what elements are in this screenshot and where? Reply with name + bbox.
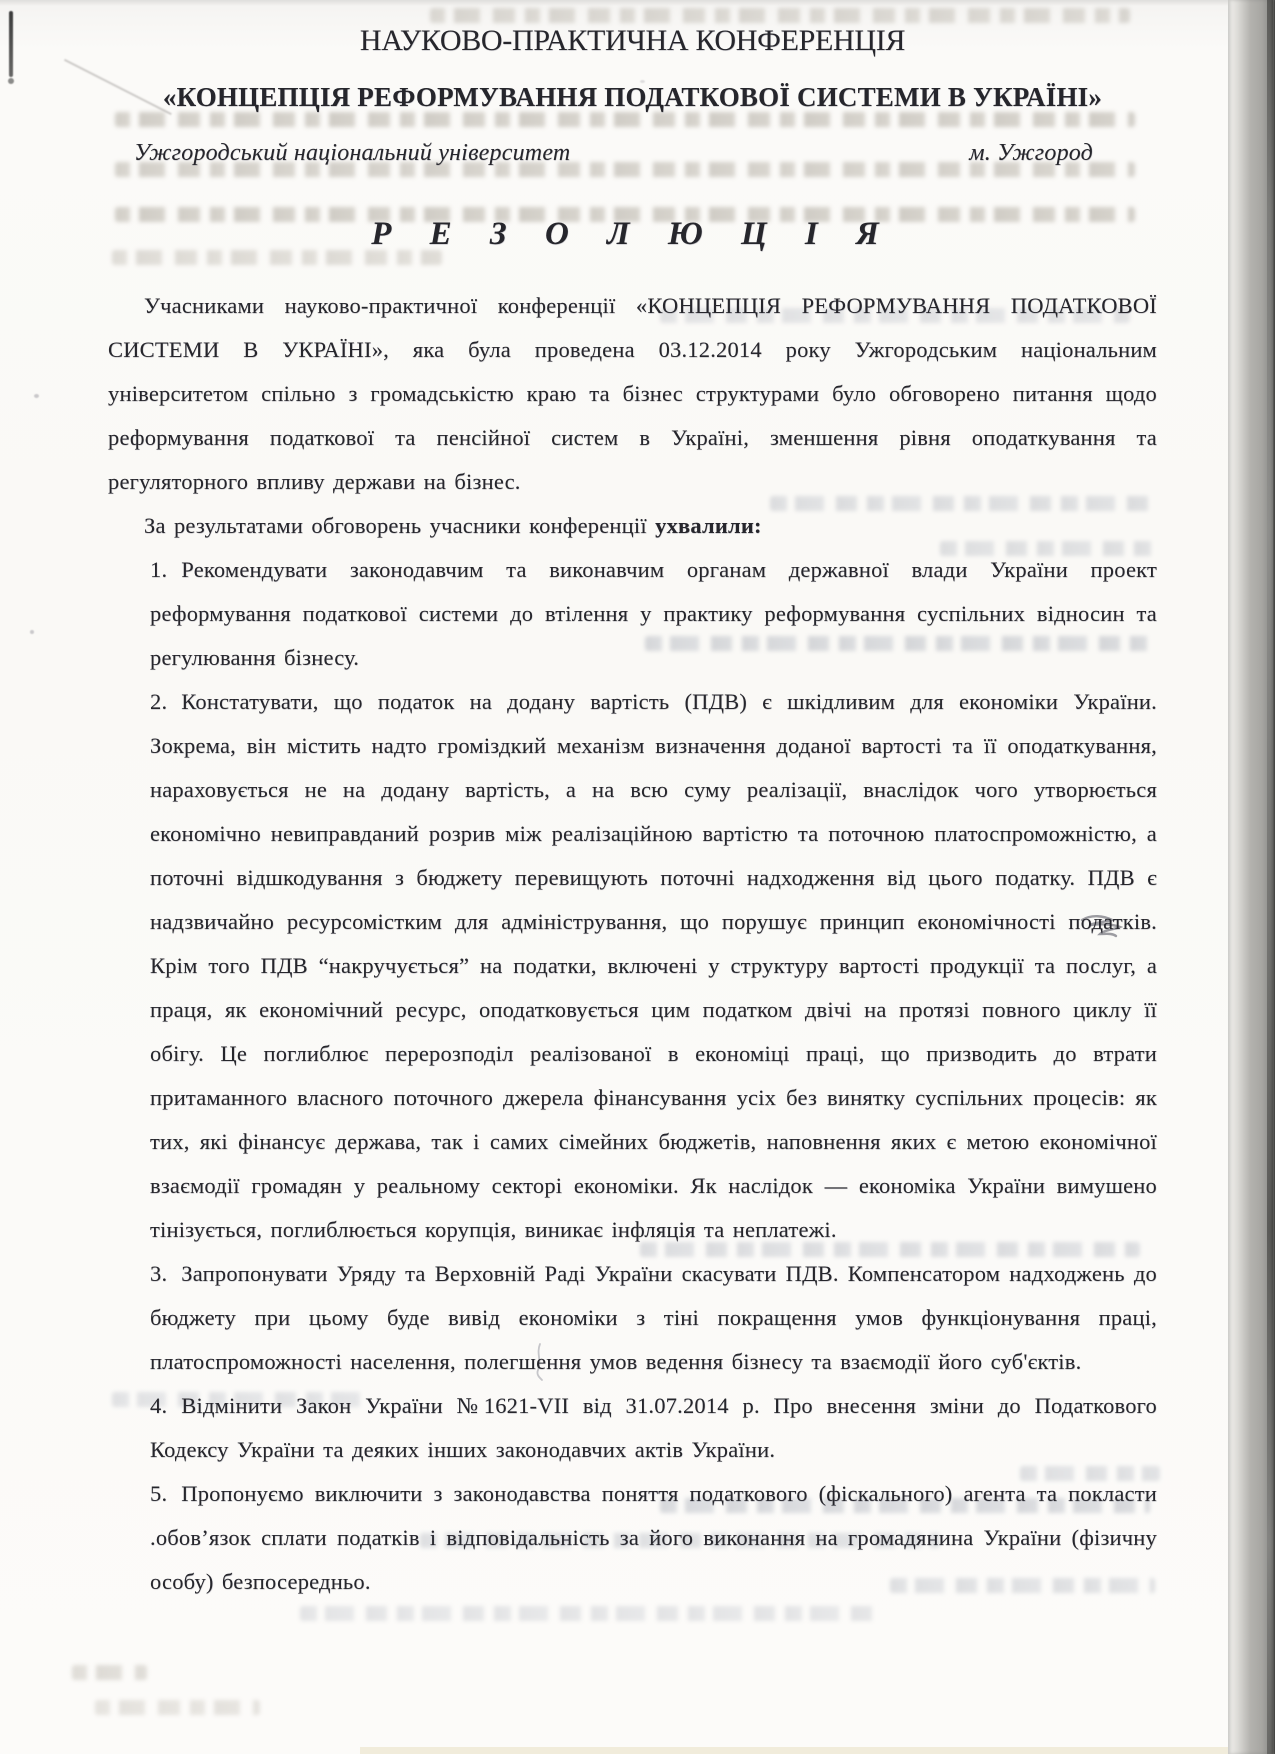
resolution-item-4: 4.Відмінити Закон України №1621-VII від …: [150, 1384, 1157, 1472]
item-number: 3.: [150, 1261, 167, 1286]
resolution-item-1: 1.Рекомендувати законодавчим та виконавч…: [150, 548, 1157, 680]
paper-speck: [30, 630, 34, 634]
scanned-document-page: НАУКОВО-ПРАКТИЧНА КОНФЕРЕНЦІЯ «КОНЦЕПЦІЯ…: [0, 0, 1275, 1754]
organization-name: Ужгородський національний університет: [134, 138, 570, 168]
document-body: Учасниками науково-практичної конференці…: [108, 284, 1157, 1604]
conference-title: НАУКОВО-ПРАКТИЧНА КОНФЕРЕНЦІЯ: [108, 22, 1157, 60]
bleedthrough-text-artifact: [72, 1665, 147, 1680]
concept-title: «КОНЦЕПЦІЯ РЕФОРМУВАННЯ ПОДАТКОВОЇ СИСТЕ…: [108, 80, 1157, 114]
document-content: НАУКОВО-ПРАКТИЧНА КОНФЕРЕНЦІЯ «КОНЦЕПЦІЯ…: [108, 22, 1157, 1604]
decision-lead-paragraph: За результатами обговорень учасники конф…: [108, 504, 1157, 548]
item-number: 2.: [150, 689, 167, 714]
item-text: Рекомендувати законодавчим та виконавчим…: [150, 557, 1157, 670]
item-number: 1.: [150, 557, 167, 582]
resolution-item-3: 3.Запропонувати Уряду та Верховній Раді …: [150, 1252, 1157, 1384]
decision-lead-text: За результатами обговорень учасники конф…: [144, 513, 655, 538]
item-text: Відмінити Закон України №1621-VII від 31…: [150, 1393, 1157, 1462]
document-type-heading: Р Е З О Л Ю Ц І Я: [108, 214, 1157, 254]
item-text: Пропонуємо виключити з законодавства пон…: [150, 1481, 1157, 1594]
decision-lead-bold: ухвалили:: [655, 513, 762, 538]
bleedthrough-text-artifact: [430, 8, 1130, 23]
scan-edge-shadow: [1267, 0, 1273, 1754]
bleedthrough-text-artifact: [300, 1606, 880, 1621]
location-name: м. Ужгород: [969, 138, 1093, 168]
scan-bottom-strip: [360, 1747, 1228, 1754]
resolution-item-5: 5.Пропонуємо виключити з законодавства п…: [150, 1472, 1157, 1604]
item-text: Констатувати, що податок на додану варті…: [150, 689, 1157, 1242]
resolution-item-2: 2.Констатувати, що податок на додану вар…: [150, 680, 1157, 1252]
affiliation-row: Ужгородський національний університет м.…: [108, 138, 1157, 168]
paper-speck: [34, 394, 39, 398]
intro-paragraph: Учасниками науково-практичної конференці…: [108, 284, 1157, 504]
pen-mark: [9, 11, 13, 77]
bleedthrough-text-artifact: [95, 1700, 260, 1715]
scan-top-shadow: [0, 0, 1228, 6]
item-text: Запропонувати Уряду та Верховній Раді Ук…: [150, 1261, 1157, 1374]
item-number: 5.: [150, 1481, 167, 1506]
item-number: 4.: [150, 1393, 167, 1418]
